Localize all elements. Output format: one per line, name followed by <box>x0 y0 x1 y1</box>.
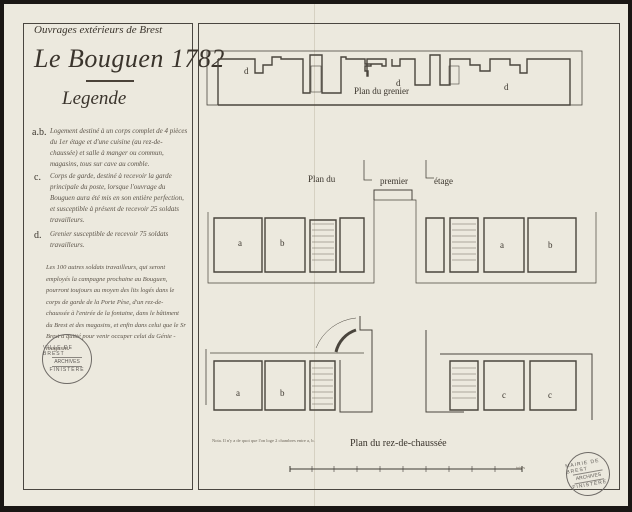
ground-floor-plan-label: Plan du rez-de-chaussée <box>350 438 447 449</box>
room-label-a-ff-right: a <box>500 240 504 250</box>
first-floor-label-2: premier <box>380 176 408 186</box>
room-label-c2-gf: c <box>548 390 552 400</box>
room-label-a-gf: a <box>236 388 240 398</box>
room-label-b-ff-left: b <box>280 238 285 248</box>
attic-plan <box>207 51 582 105</box>
room-label-b-gf: b <box>280 388 285 398</box>
plan-sheet: Ouvrages extérieurs de Brest Le Bouguen … <box>4 4 628 506</box>
room-label-d2: d <box>396 78 401 88</box>
floor-plans-drawing <box>4 4 628 506</box>
nota-text: Nota. Il n'y a de quoi que l'on loge 2 c… <box>212 437 322 445</box>
scale-unit-label: toises <box>516 465 525 470</box>
room-label-d3: d <box>504 82 509 92</box>
scale-bar <box>290 466 522 472</box>
room-label-c1-gf: c <box>502 390 506 400</box>
first-floor-label-3: étage <box>434 176 453 186</box>
room-label-d1: d <box>244 66 249 76</box>
ground-floor-plan <box>206 316 592 420</box>
room-label-a-ff-left: a <box>238 238 242 248</box>
first-floor-label-1: Plan du <box>308 174 335 184</box>
room-label-b-ff-right: b <box>548 240 553 250</box>
